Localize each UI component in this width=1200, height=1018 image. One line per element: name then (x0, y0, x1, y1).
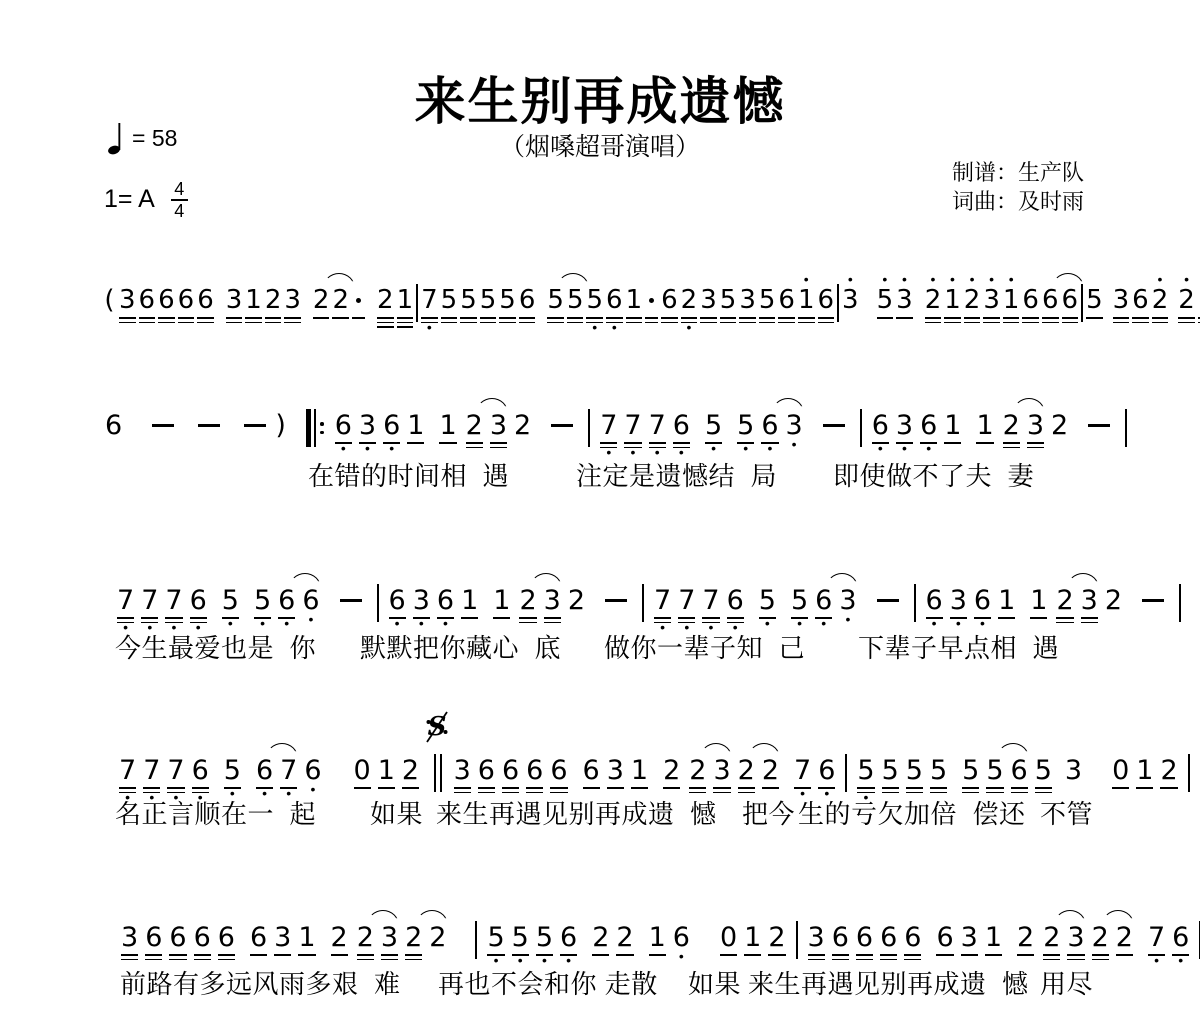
note: 6 (660, 274, 679, 334)
note: 7• (646, 399, 669, 459)
note: 2 (1102, 574, 1125, 626)
beam-underlines (1022, 315, 1039, 323)
key-signature: 1= A 4 4 (104, 180, 188, 220)
beam-underlines (744, 952, 761, 956)
beam-underlines (378, 785, 395, 789)
beam-underlines (480, 315, 497, 323)
note: 2 (1113, 911, 1136, 967)
note: 3 (1024, 399, 1047, 459)
note: 6• (758, 399, 781, 455)
note: •1 (1002, 274, 1021, 334)
note: 2 (1089, 911, 1112, 971)
note: 0 (717, 911, 740, 967)
note: 7• (277, 744, 300, 800)
note: 5 (758, 274, 777, 334)
arranger-credit: 制谱：生产队 (952, 158, 1084, 187)
beam-underlines (1027, 440, 1044, 448)
note: 2 (331, 274, 350, 330)
note: 6• (605, 274, 624, 334)
note: 3 (283, 274, 302, 334)
beam-underlines (983, 315, 1000, 323)
beam-underlines (832, 952, 849, 960)
note: 3 (805, 911, 828, 971)
lyric-segment: 做你一辈子知 己 (604, 628, 805, 665)
note: 2 (402, 911, 425, 971)
note: 1 (375, 744, 398, 800)
note: 6 (157, 274, 176, 334)
note: 6 (901, 911, 924, 971)
note: 5• (509, 911, 532, 967)
beam-underlines (592, 952, 609, 956)
note: 6 (933, 911, 956, 967)
augmentation-dot (351, 274, 366, 330)
octave-dot-above: • (1158, 274, 1163, 285)
composer-credit: 词曲：及时雨 (952, 187, 1084, 216)
beam-underlines (265, 315, 282, 323)
note: 1 (982, 911, 1005, 967)
note: 3 (541, 574, 564, 634)
octave-dot-below: • (365, 444, 370, 455)
note: 3 (1062, 744, 1085, 796)
beam-underlines (381, 952, 398, 960)
note: 6• (299, 574, 322, 626)
dash-rest (548, 399, 576, 451)
beam-underlines (407, 440, 424, 444)
time-numerator: 4 (174, 180, 184, 198)
note: 6 (138, 274, 157, 334)
beam-underlines (1003, 440, 1020, 448)
lyric-segment: 下辈子早点相 遇 (858, 628, 1059, 665)
segno-icon: S (423, 708, 451, 746)
note: 3• (783, 399, 806, 451)
augmentation-dot (644, 274, 659, 334)
note: 2 (589, 911, 612, 967)
beam-underlines (441, 315, 458, 323)
note: 1 (646, 911, 669, 967)
note: 2 (765, 911, 788, 967)
note: 7• (597, 399, 620, 459)
beam-underlines (1030, 615, 1047, 619)
dash-rest (149, 399, 177, 451)
note: 5• (219, 574, 242, 630)
beam-underlines (1067, 952, 1084, 960)
note: 1 (396, 274, 415, 339)
barline (854, 409, 868, 447)
beam-underlines (499, 315, 516, 323)
beam-underlines (944, 440, 961, 444)
beam-underlines (962, 785, 979, 793)
beam-underlines (454, 785, 471, 793)
beam-underlines (583, 785, 600, 789)
beam-underlines (944, 315, 961, 323)
note: 6 (247, 911, 270, 967)
beam-underlines (880, 952, 897, 960)
beam-underlines (906, 785, 923, 793)
note: 2 (312, 274, 331, 330)
note: 2 (328, 911, 351, 967)
octave-dot-below: • (341, 444, 346, 455)
beam-underlines (194, 952, 211, 960)
note: 5• (221, 744, 244, 800)
beam-underlines (689, 785, 706, 793)
note: 6• (434, 574, 457, 630)
note: 6 (191, 911, 214, 971)
octave-dot-below: • (743, 444, 748, 455)
beam-underlines (145, 952, 162, 960)
note: 5 (566, 274, 585, 334)
octave-dot-above: • (902, 274, 907, 285)
note: 6 (829, 911, 852, 971)
double-barline: S (428, 754, 448, 792)
beam-underlines (798, 315, 815, 323)
note: 6• (557, 911, 580, 967)
barline (839, 754, 853, 792)
beam-underlines (631, 785, 648, 789)
note: 1 (628, 744, 651, 800)
octave-dot-above: • (1184, 274, 1189, 285)
note: 3 (118, 274, 137, 334)
beam-underlines (377, 315, 394, 328)
note: 6• (812, 574, 835, 630)
note: 6 (877, 911, 900, 971)
note: 3 (1078, 574, 1101, 634)
time-denominator: 4 (174, 202, 184, 220)
beam-underlines (502, 785, 519, 793)
octave-dot-below: • (679, 952, 684, 963)
sheet-music-page: 来生别再成遗憾 （烟嗓超哥演唱） = 58 1= A 4 4 制谱：生产队 词曲… (0, 0, 1200, 1018)
beam-underlines (567, 315, 584, 323)
note: 6• (815, 744, 838, 800)
barline (469, 921, 483, 959)
credits-block: 制谱：生产队 词曲：及时雨 (952, 158, 1084, 216)
beam-underlines (547, 315, 564, 323)
song-title: 来生别再成遗憾 (0, 60, 1200, 134)
note: 7• (675, 574, 698, 634)
note: 7• (162, 574, 185, 634)
beam-underlines (1092, 952, 1109, 960)
lyric-segment: 名正言顺在一 起 (115, 794, 316, 831)
note: 5 (440, 274, 459, 334)
beam-underlines (493, 615, 510, 619)
note: 3 (1064, 911, 1087, 971)
barline (582, 409, 596, 447)
note: •3 (982, 274, 1001, 334)
barline (636, 584, 650, 622)
beam-underlines (197, 315, 214, 323)
dash-rest (602, 574, 630, 626)
lyric-segment: 再也不会和你 走散 (438, 964, 658, 1001)
note: 6 (817, 274, 836, 334)
note: 1 (995, 574, 1018, 630)
beam-underlines (357, 952, 374, 960)
notation-row: 7•7•7•6•5•5•6•6•6•3•6•112327•7•7•6•5•5•6… (0, 574, 1200, 634)
beam-underlines (526, 785, 543, 793)
note: 6• (923, 574, 946, 630)
note: 5• (533, 911, 556, 967)
beam-underlines (1017, 952, 1034, 956)
beam-underlines (663, 785, 680, 789)
lyric-segment: 如果 (688, 964, 741, 1001)
note: 2 (354, 911, 377, 971)
octave-dot-below: • (821, 619, 826, 630)
paren: ) (271, 399, 290, 451)
beam-underlines (218, 952, 235, 960)
beam-underlines (298, 952, 315, 956)
beam-underlines (226, 315, 243, 323)
octave-dot-above: • (970, 274, 975, 285)
beam-underlines (961, 952, 978, 956)
beam-underlines (1011, 785, 1028, 793)
note: 6• (386, 574, 409, 630)
lyric-segment: 前路有多远风雨多艰 难 (120, 964, 400, 1001)
note: •3 (895, 274, 914, 330)
note: 5 (1085, 274, 1104, 330)
music-system: 36666631223225•5•5•6•2216•01236666631223… (0, 911, 1200, 971)
note: 6• (724, 574, 747, 634)
beam-underlines (178, 315, 195, 323)
octave-dot-below: • (926, 444, 931, 455)
note: 1 (458, 574, 481, 630)
beam-underlines (284, 315, 301, 323)
beam-underlines (964, 315, 981, 323)
beam-underlines (808, 952, 825, 960)
beam-underlines (998, 615, 1015, 619)
beam-underlines (1152, 315, 1169, 323)
note: 7• (114, 574, 137, 634)
beam-underlines (976, 440, 993, 444)
note: 5 (498, 274, 517, 334)
beam-underlines (616, 952, 633, 956)
note: 6 (777, 274, 796, 334)
note: 5• (734, 399, 757, 455)
barline (1182, 754, 1196, 792)
beam-underlines (1081, 615, 1098, 623)
beam-underlines (856, 952, 873, 960)
note: 7• (1145, 911, 1168, 967)
beam-underlines (1086, 315, 1103, 319)
note: 6 (1131, 274, 1150, 334)
lyric-segment: 如果 (370, 794, 423, 831)
note: 2 (613, 911, 636, 967)
note: 6 (518, 274, 537, 334)
octave-dot-below: • (427, 323, 432, 334)
note: 1 (490, 574, 513, 630)
note: 5 (719, 274, 738, 334)
beam-underlines (405, 952, 422, 960)
beam-underlines (1056, 615, 1073, 623)
barline (1193, 921, 1200, 959)
octave-dot-above: • (1009, 274, 1014, 285)
note: •5 (876, 274, 895, 330)
note: 1 (973, 399, 996, 455)
note: 5• (702, 399, 725, 455)
notation-row: 36666631223225•5•5•6•2216•01236666631223… (0, 911, 1200, 971)
note: 3 (225, 274, 244, 334)
svg-text:S: S (428, 712, 447, 742)
beam-underlines (460, 315, 477, 323)
dash-rest (241, 399, 269, 451)
beam-underlines (986, 785, 1003, 793)
beam-underlines (274, 952, 291, 956)
note: 2 (660, 744, 683, 800)
beam-underlines (645, 315, 658, 323)
note: 2 (1053, 574, 1076, 634)
lyric-segment: 来生再遇见别再成遗 憾 (436, 794, 716, 831)
note: 7• (791, 744, 814, 800)
beam-underlines (121, 952, 138, 960)
note: 6• (301, 744, 324, 796)
barline (1119, 409, 1133, 447)
beam-underlines (700, 315, 717, 323)
note: 6• (253, 744, 276, 800)
beam-underlines (1116, 952, 1133, 956)
note: 3 (738, 274, 757, 334)
octave-dot-above: • (882, 274, 887, 285)
beam-underlines (139, 315, 156, 323)
note: 3 (958, 911, 981, 967)
beam-underlines (461, 615, 478, 619)
note: 6• (380, 399, 403, 455)
note: 1 (436, 399, 459, 455)
note: 2 (264, 274, 283, 334)
barline (1173, 584, 1187, 622)
beam-underlines (1132, 315, 1149, 323)
beam-underlines (169, 952, 186, 960)
beam-underlines (439, 440, 456, 444)
note: •2 (963, 274, 982, 334)
beam-underlines (519, 615, 536, 623)
barline (415, 284, 419, 322)
note: 2 (1040, 911, 1063, 971)
lyric-segment: 生的亏欠加倍 偿还 (798, 794, 1025, 831)
note: 3 (271, 911, 294, 967)
octave-dot-below: • (389, 444, 394, 455)
note: 2 (1157, 744, 1180, 800)
lyric-segment: 来生再遇见别再成遗 憾 (748, 964, 1028, 1001)
note: 7• (621, 399, 644, 459)
note: 6• (971, 574, 994, 630)
dash-rest (1085, 399, 1113, 451)
octave-dot-below: • (711, 444, 716, 455)
beam-underlines (713, 785, 730, 793)
beam-underlines (245, 315, 262, 323)
note: 1 (625, 274, 644, 334)
note: 2 (516, 574, 539, 634)
note: 6 (1061, 274, 1080, 334)
beam-underlines (331, 952, 348, 956)
note: •1 (943, 274, 962, 334)
beam-underlines (466, 440, 483, 448)
octave-dot-above: • (989, 274, 994, 285)
music-system: 7•7•7•6•5•6•7•6•012S36666631223227•6•5•5… (0, 744, 1200, 804)
note: 6• (1169, 911, 1192, 967)
barline (371, 584, 385, 622)
notation-row: 6)6•3•6•112327•7•7•6•5•5•6•3•6•3•6•11232 (0, 399, 1200, 459)
note: 2 (399, 744, 422, 800)
beam-underlines (738, 785, 755, 793)
paren: ( (102, 274, 117, 326)
beam-underlines (607, 785, 624, 789)
quarter-note-icon (108, 122, 122, 155)
dash-rest (195, 399, 223, 451)
dash-rest (337, 574, 365, 626)
beam-underlines (739, 315, 756, 323)
begin-repeat-barline (300, 409, 330, 447)
note: •1 (797, 274, 816, 334)
note: 2 (463, 399, 486, 459)
note: 6 (166, 911, 189, 971)
barline (1080, 284, 1084, 322)
note: 6 (853, 911, 876, 971)
beam-underlines (759, 315, 776, 323)
barline (908, 584, 922, 622)
note: 1 (295, 911, 318, 967)
lyric-segment: 用尽 (1040, 964, 1093, 1001)
beam-underlines (877, 315, 894, 319)
note: 1 (244, 274, 263, 334)
beam-underlines (768, 952, 785, 956)
beam-underlines (332, 315, 349, 319)
octave-dot-above: • (848, 274, 853, 285)
note: 6 (102, 399, 125, 451)
octave-dot-below: • (1154, 956, 1159, 967)
beam-underlines (936, 952, 953, 956)
note: 2 (1048, 399, 1071, 451)
note: 6 (1041, 274, 1060, 334)
note: •2 (1151, 274, 1170, 334)
note: 2 (376, 274, 395, 339)
octave-dot-below: • (902, 444, 907, 455)
note: 2 (1000, 399, 1023, 459)
beam-underlines (402, 785, 419, 789)
octave-dot-below: • (308, 615, 313, 626)
note: 3• (410, 574, 433, 630)
note: 1 (1133, 744, 1156, 800)
beam-underlines (985, 952, 1002, 956)
note: 2• (680, 274, 699, 334)
beam-underlines (550, 785, 567, 793)
note: 7• (420, 274, 439, 334)
note: 1 (741, 911, 764, 967)
dash-rest (874, 574, 902, 626)
key-label: 1= A (104, 185, 155, 214)
octave-dot-below: • (845, 615, 850, 626)
music-system: 7•7•7•6•5•5•6•6•6•3•6•112327•7•7•6•5•5•6… (0, 574, 1200, 634)
barline (836, 284, 840, 322)
octave-dot-above: • (931, 274, 936, 285)
note: 3 (118, 911, 141, 971)
note: 6 (580, 744, 603, 800)
note: 5• (788, 574, 811, 630)
beam-underlines (119, 315, 136, 323)
note: 6 (177, 274, 196, 334)
note: 5• (251, 574, 274, 630)
beam-underlines (818, 315, 835, 323)
beam-underlines (1003, 315, 1020, 323)
note: 2 (511, 399, 534, 451)
lyric-segment: 注定是遗憾结 局 (576, 456, 777, 493)
note: 3• (893, 399, 916, 455)
music-system: 6)6•3•6•112327•7•7•6•5•5•6•3•6•3•6•11232… (0, 399, 1200, 459)
note: 6• (869, 399, 892, 455)
notation-row: (36666312322217•55556555•6•162•35356•16•… (0, 274, 1200, 339)
note: 1 (404, 399, 427, 455)
note: 1 (1027, 574, 1050, 630)
note: •2 (924, 274, 943, 334)
note: •2 (1177, 274, 1196, 334)
note: 3 (699, 274, 718, 334)
note: 7• (651, 574, 674, 634)
